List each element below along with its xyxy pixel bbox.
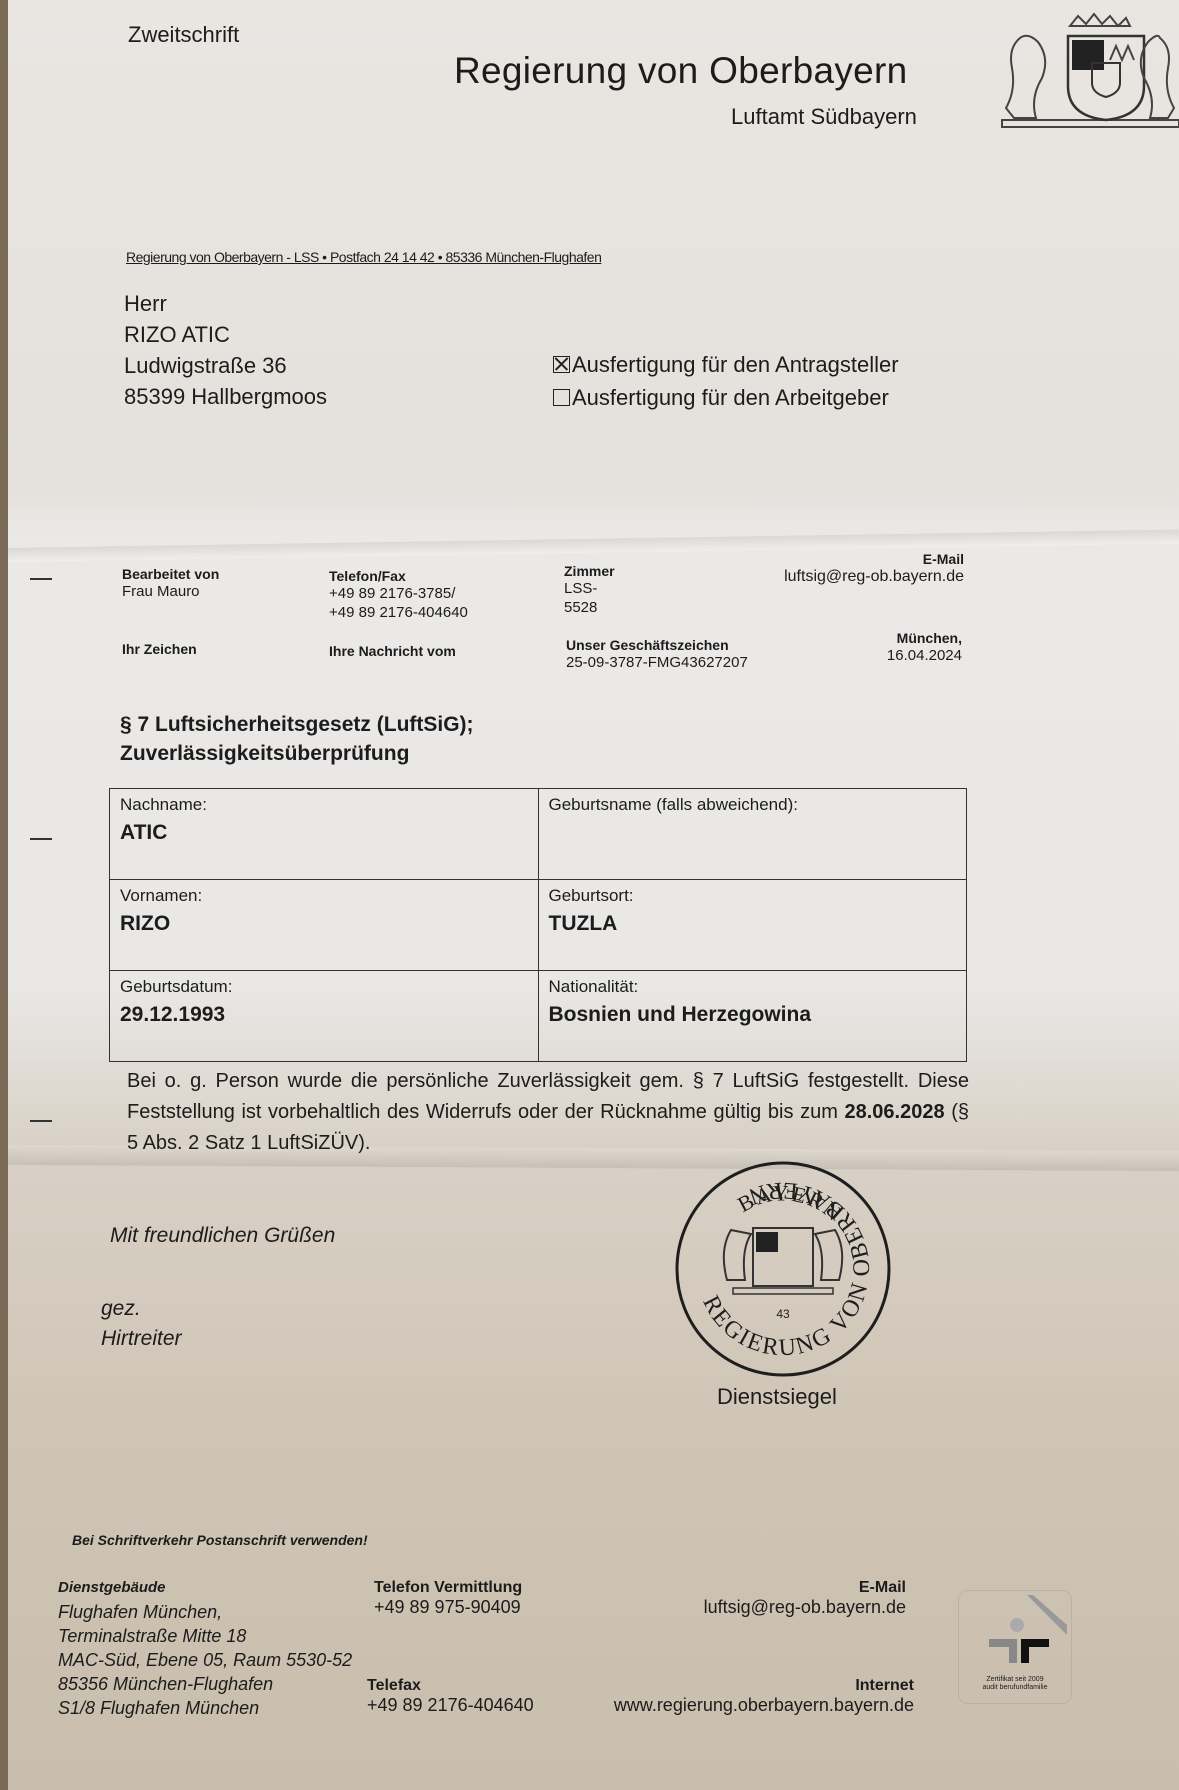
place-label: München, xyxy=(887,630,962,646)
checkbox-unchecked-icon[interactable] xyxy=(553,389,570,406)
table-row: Geburtsdatum:29.12.1993 Nationalität:Bos… xyxy=(110,971,967,1062)
table-cell: Geburtsname (falls abweichend): xyxy=(538,789,967,880)
phone-value: +49 89 2176-3785/ xyxy=(329,584,468,603)
subject-line-2: Zuverlässigkeitsüberprüfung xyxy=(120,739,474,768)
person-details-table: Nachname:ATIC Geburtsname (falls abweich… xyxy=(109,788,967,1062)
table-row: Nachname:ATIC Geburtsname (falls abweich… xyxy=(110,789,967,880)
footer-building: Dienstgebäude Flughafen München, Termina… xyxy=(58,1576,352,1720)
copy-label: Zweitschrift xyxy=(128,22,239,48)
our-ref: Unser Geschäftszeichen 25-09-3787-FMG436… xyxy=(566,637,748,672)
closing-greeting: Mit freundlichen Grüßen xyxy=(110,1224,335,1248)
valid-until-date: 28.06.2028 xyxy=(845,1101,945,1123)
room-value-2: 5528 xyxy=(564,598,615,617)
recipient-salutation: Herr xyxy=(124,288,327,319)
table-cell: Vornamen:RIZO xyxy=(110,880,539,971)
seal-label: Dienstsiegel xyxy=(717,1384,837,1410)
recipient-name: RIZO ATIC xyxy=(124,319,327,350)
website-link[interactable]: www.regierung.oberbayern.bayern.de xyxy=(614,1695,914,1716)
email-link[interactable]: luftsig@reg-ob.bayern.de xyxy=(784,567,964,586)
footer-email-label: E-Mail xyxy=(704,1579,906,1597)
subject: § 7 Luftsicherheitsgesetz (LuftSiG); Zuv… xyxy=(120,710,474,768)
your-ref-label: Ihr Zeichen xyxy=(122,641,197,657)
recipient-street: Ludwigstraße 36 xyxy=(124,350,327,381)
signer-name: Hirtreiter xyxy=(101,1324,182,1354)
audit-beruf-familie-icon xyxy=(959,1591,1071,1671)
handled-by: Bearbeitet von Frau Mauro xyxy=(122,566,219,601)
table-cell: Geburtsdatum:29.12.1993 xyxy=(110,971,539,1062)
svg-text:43: 43 xyxy=(776,1307,790,1321)
table-cell: Geburtsort:TUZLA xyxy=(538,880,967,971)
footer-email-link[interactable]: luftsig@reg-ob.bayern.de xyxy=(704,1597,906,1618)
handled-by-value: Frau Mauro xyxy=(122,582,219,601)
signature-block: gez. Hirtreiter xyxy=(101,1294,182,1354)
org-subtitle: Luftamt Südbayern xyxy=(731,104,917,130)
org-title: Regierung von Oberbayern xyxy=(454,50,908,92)
email-block: E-Mail luftsig@reg-ob.bayern.de xyxy=(784,551,964,586)
building-label: Dienstgebäude xyxy=(58,1576,352,1600)
coat-of-arms-icon xyxy=(1000,8,1179,136)
recipient-city: 85399 Hallbergmoos xyxy=(124,381,327,412)
room-value-1: LSS- xyxy=(564,579,615,598)
switchboard-label: Telefon Vermittlung xyxy=(374,1579,522,1597)
footer-note: Bei Schriftverkehr Postanschrift verwend… xyxy=(72,1532,368,1548)
fax-number: +49 89 2176-404640 xyxy=(367,1695,534,1716)
gez-label: gez. xyxy=(101,1294,182,1324)
fax-value: +49 89 2176-404640 xyxy=(329,603,468,622)
table-cell: Nationalität:Bosnien und Herzegowina xyxy=(538,971,967,1062)
copy-option-employer[interactable]: Ausfertigung für den Arbeitgeber xyxy=(553,381,899,414)
copy-option-applicant[interactable]: Ausfertigung für den Antragsteller xyxy=(553,348,899,381)
recipient-address: Herr RIZO ATIC Ludwigstraße 36 85399 Hal… xyxy=(124,288,327,412)
footer-email: E-Mail luftsig@reg-ob.bayern.de xyxy=(704,1579,906,1618)
certificate-text: Zertifikat seit 2009 audit berufundfamil… xyxy=(959,1676,1071,1692)
your-message-label: Ihre Nachricht vom xyxy=(329,643,456,659)
official-seal-icon: REGIERUNG VON OBERBAYERN BAYERN 43 xyxy=(671,1158,895,1380)
date-block: München, 16.04.2024 xyxy=(887,630,962,665)
room-label: Zimmer xyxy=(564,563,615,579)
our-ref-label: Unser Geschäftszeichen xyxy=(566,637,748,653)
internet-label: Internet xyxy=(614,1677,914,1695)
body-paragraph: Bei o. g. Person wurde die persönliche Z… xyxy=(127,1066,969,1159)
our-ref-value: 25-09-3787-FMG43627207 xyxy=(566,653,748,672)
table-row: Vornamen:RIZO Geburtsort:TUZLA xyxy=(110,880,967,971)
subject-line-1: § 7 Luftsicherheitsgesetz (LuftSiG); xyxy=(120,710,474,739)
phone-label: Telefon/Fax xyxy=(329,568,468,584)
email-label: E-Mail xyxy=(784,551,964,567)
copy-options: Ausfertigung für den Antragsteller Ausfe… xyxy=(553,348,899,414)
fold-mark xyxy=(30,1120,52,1122)
footer-internet: Internet www.regierung.oberbayern.bayern… xyxy=(614,1677,914,1716)
footer-fax: Telefax +49 89 2176-404640 xyxy=(367,1677,534,1716)
phone-fax: Telefon/Fax +49 89 2176-3785/ +49 89 217… xyxy=(329,568,468,622)
return-address: Regierung von Oberbayern - LSS • Postfac… xyxy=(126,249,601,265)
footer-switchboard: Telefon Vermittlung +49 89 975-90409 xyxy=(374,1579,522,1618)
table-cell: Nachname:ATIC xyxy=(110,789,539,880)
certificate-badge: Zertifikat seit 2009 audit berufundfamil… xyxy=(958,1590,1072,1704)
letter-date: 16.04.2024 xyxy=(887,646,962,665)
switchboard-number: +49 89 975-90409 xyxy=(374,1597,522,1618)
fax-label: Telefax xyxy=(367,1677,534,1695)
fold-mark xyxy=(30,578,52,580)
room: Zimmer LSS- 5528 xyxy=(564,563,615,617)
handled-by-label: Bearbeitet von xyxy=(122,566,219,582)
checkbox-checked-icon[interactable] xyxy=(553,356,570,373)
fold-mark xyxy=(30,838,52,840)
